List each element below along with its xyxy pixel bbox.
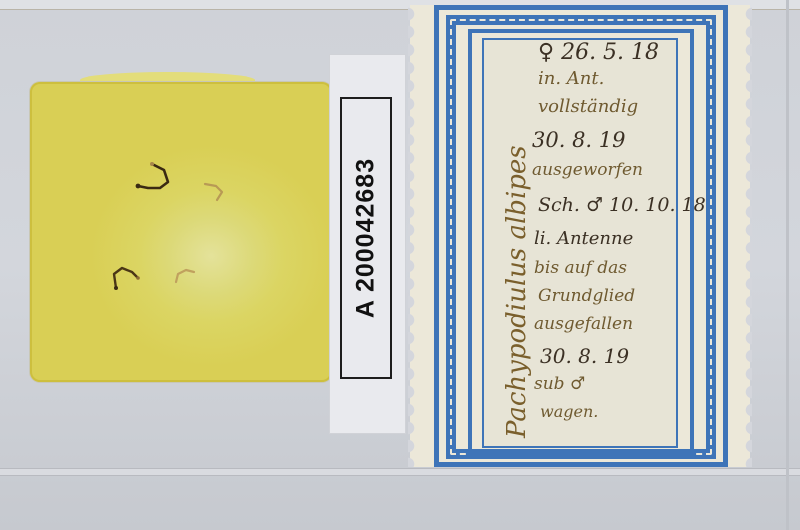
species-name: Pachypodiulus albipes [502, 145, 532, 438]
label-line-6: Sch. ♂ 10. 10. 18 [538, 194, 706, 216]
label-line-11: 30. 8. 19 [540, 344, 629, 368]
label-line-2: in. Ant. [538, 68, 604, 89]
label-writing-area: Pachypodiulus albipes ♀ 26. 5. 18 in. An… [482, 38, 678, 448]
catalog-number-label: A 200042683 [330, 55, 405, 433]
label-line-12: sub ♂ [534, 374, 585, 394]
label-line-3: vollständig [538, 96, 638, 117]
label-line-8: bis auf das [534, 258, 627, 278]
label-line-4: 30. 8. 19 [532, 128, 626, 152]
perforation-right [742, 5, 752, 467]
antenna-fragment-4 [172, 266, 200, 288]
label-line-10: ausgefallen [534, 314, 633, 334]
antenna-fragment-1 [134, 160, 180, 196]
catalog-number-box: A 200042683 [340, 97, 392, 379]
coverslip-mount [30, 82, 332, 382]
slide-bottom-edge [0, 468, 800, 476]
catalog-number: A 200042683 [352, 158, 381, 318]
label-line-5: ausgeworfen [532, 160, 643, 180]
antenna-fragment-2 [202, 180, 230, 206]
slide-right-edge [786, 0, 789, 530]
perforation-left [408, 5, 418, 467]
handwritten-stamp-label: Pachypodiulus albipes ♀ 26. 5. 18 in. An… [410, 5, 750, 467]
label-line-9: Grundglied [538, 286, 635, 306]
microscope-slide: A 200042683 Pachypodiulus albipes ♀ 26. … [0, 0, 800, 530]
label-line-1: ♀ 26. 5. 18 [538, 40, 659, 65]
label-line-7: li. Antenne [534, 228, 633, 249]
label-line-13: wagen. [540, 402, 598, 421]
antenna-fragment-3 [108, 262, 144, 294]
